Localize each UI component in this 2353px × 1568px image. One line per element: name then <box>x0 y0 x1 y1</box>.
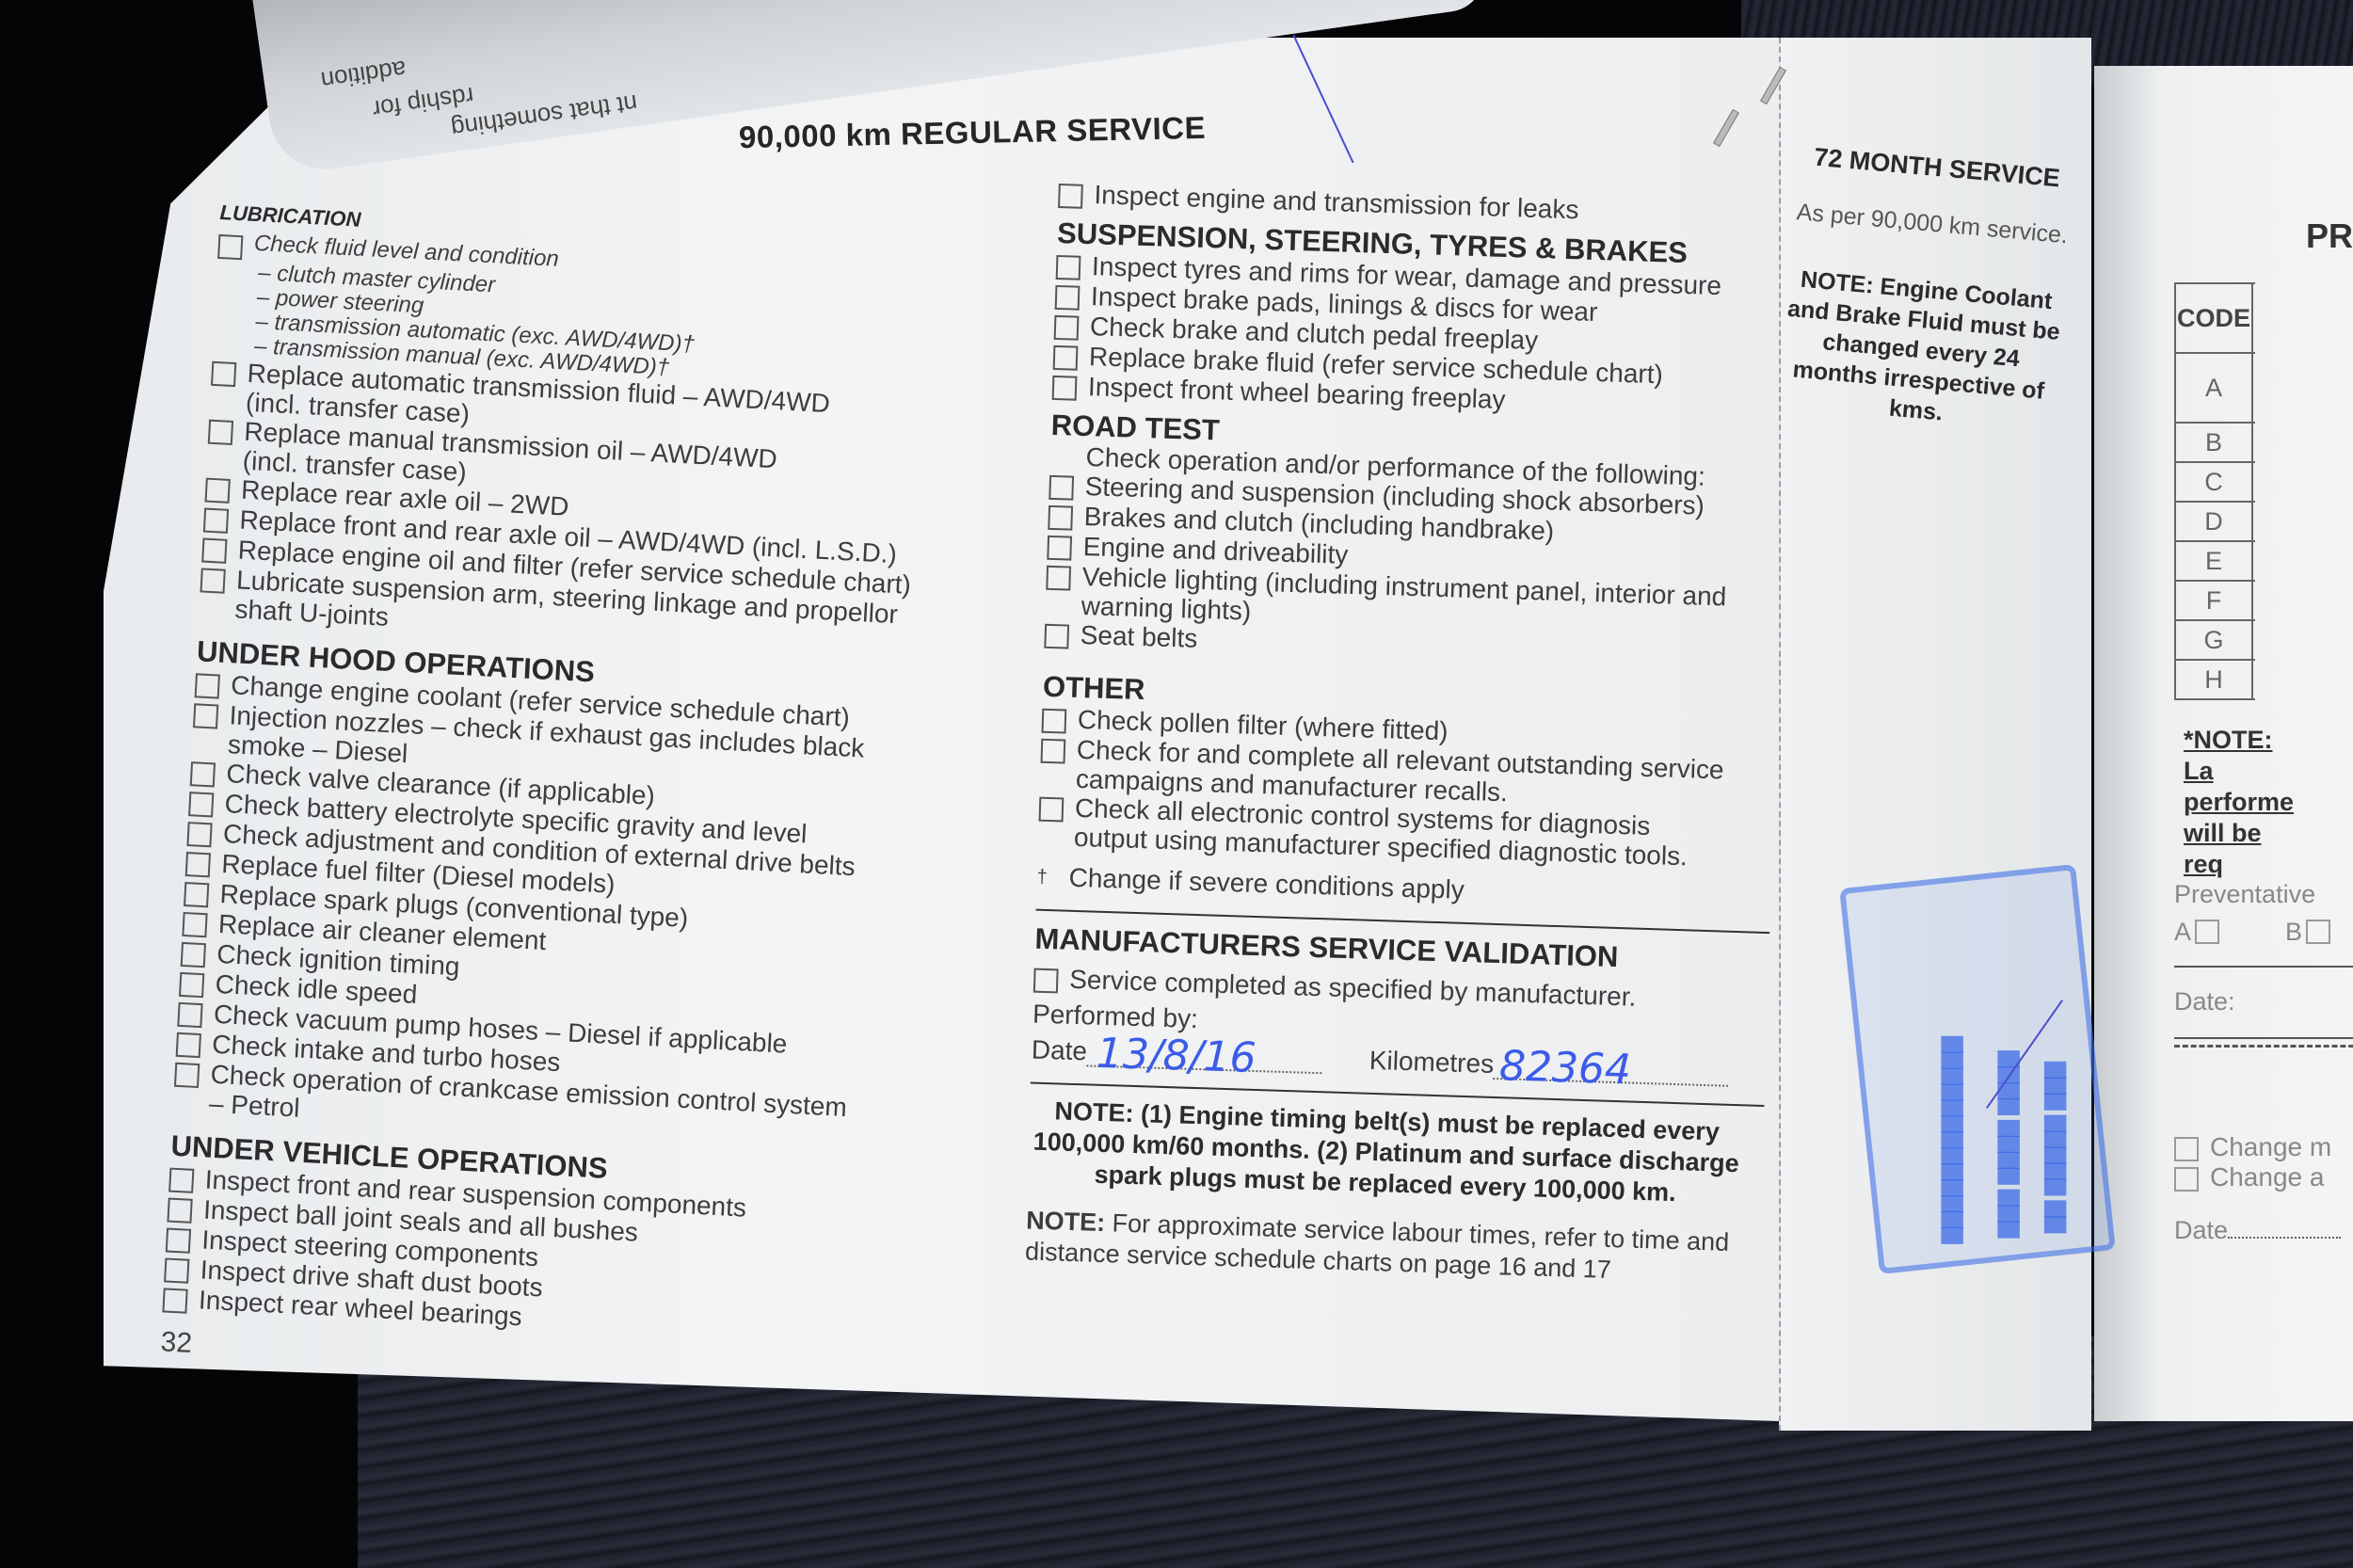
left-column: LUBRICATION Check fluid level and condit… <box>160 188 930 1396</box>
checkbox[interactable] <box>177 1002 202 1028</box>
code-cell: D <box>2175 502 2252 541</box>
checkbox[interactable] <box>166 1227 191 1253</box>
date-field[interactable]: 13/8/16 <box>1087 1032 1323 1074</box>
code-table: CODEABCDEFGH <box>2174 282 2255 700</box>
checkbox[interactable] <box>1048 475 1074 501</box>
preventative-section: Preventative A B Date: Change m Change a… <box>2174 875 2353 1249</box>
preventative-label: Preventative <box>2174 875 2353 913</box>
checkbox[interactable] <box>1046 566 1071 591</box>
table-row: D <box>2175 502 2255 541</box>
checkbox[interactable] <box>174 1063 200 1088</box>
checkbox[interactable] <box>195 673 220 698</box>
checkbox[interactable] <box>1047 536 1072 561</box>
km-label: Kilometres <box>1369 1046 1494 1080</box>
table-row: B <box>2175 423 2255 462</box>
checkbox[interactable] <box>217 234 243 260</box>
checkbox[interactable] <box>176 1032 201 1058</box>
checkbox[interactable] <box>1053 345 1079 371</box>
code-cell: B <box>2175 423 2252 462</box>
change-item: Change a <box>2174 1162 2353 1192</box>
preventative-options: A B <box>2174 913 2353 951</box>
checkbox[interactable] <box>186 822 212 847</box>
checkbox[interactable] <box>2174 1167 2199 1192</box>
month-service-note: NOTE: Engine Coolant and Brake Fluid mus… <box>1774 264 2069 439</box>
table-row: F <box>2175 581 2255 620</box>
date-value: 13/8/16 <box>1096 1039 1257 1074</box>
month-service-panel: 72 MONTH SERVICE As per 90,000 km servic… <box>1774 141 2079 438</box>
checkbox[interactable] <box>185 852 211 877</box>
checkbox[interactable] <box>1058 184 1083 209</box>
checkbox[interactable] <box>205 478 231 504</box>
code-cell: E <box>2175 541 2252 581</box>
checklist-label: Seat belts <box>1080 620 1197 654</box>
checkbox[interactable] <box>1041 709 1066 734</box>
checkbox[interactable] <box>201 537 227 563</box>
flap-text-line: addition <box>319 55 408 95</box>
labour-note-partial: *NOTE: La performe will be req <box>2184 725 2294 880</box>
change-item: Change m <box>2174 1132 2353 1162</box>
option-a[interactable]: A <box>2174 913 2219 951</box>
table-row: E <box>2175 541 2255 581</box>
right-page-title: PR <box>2306 216 2353 256</box>
checkbox[interactable] <box>193 703 218 728</box>
code-cell: C <box>2175 462 2252 502</box>
checkbox[interactable] <box>203 508 229 534</box>
checkbox[interactable] <box>1054 315 1080 341</box>
checkbox[interactable] <box>168 1168 194 1193</box>
table-row: G <box>2175 620 2255 660</box>
checkbox[interactable] <box>1052 376 1078 401</box>
date2-field[interactable]: Date <box>2174 1211 2353 1249</box>
lubrication-list: Check fluid level and condition– clutch … <box>199 230 928 659</box>
checkbox[interactable] <box>190 761 216 787</box>
note-line: will be req <box>2184 818 2294 880</box>
table-row: A <box>2175 353 2255 423</box>
code-cell: A <box>2175 353 2252 423</box>
checkbox[interactable] <box>1048 505 1073 531</box>
checkbox[interactable] <box>167 1198 192 1224</box>
checkbox[interactable] <box>211 361 236 387</box>
checkbox[interactable] <box>179 972 204 998</box>
note-line: *NOTE: La <box>2184 725 2294 787</box>
checkbox[interactable] <box>2306 920 2330 944</box>
checkbox[interactable] <box>1033 968 1059 994</box>
table-row: C <box>2175 462 2255 502</box>
checkbox[interactable] <box>164 1257 189 1283</box>
checkbox[interactable] <box>200 568 225 593</box>
footnote-text: Change if severe conditions apply <box>1068 863 1465 905</box>
checkbox[interactable] <box>2174 1137 2199 1161</box>
checkbox[interactable] <box>1039 797 1064 823</box>
code-cell: F <box>2175 581 2252 620</box>
checkbox[interactable] <box>1056 255 1081 280</box>
middle-column: Inspect engine and transmission for leak… <box>1025 179 1793 1290</box>
under-hood-list: Change engine coolant (refer service sch… <box>172 668 904 1153</box>
timing-belt-note: NOTE: (1) Engine timing belt(s) must be … <box>1027 1096 1745 1211</box>
labour-note-prefix: NOTE: <box>1026 1206 1106 1237</box>
dagger-icon: † <box>1036 862 1069 893</box>
checkbox[interactable] <box>208 420 233 445</box>
date-label: Date <box>1031 1035 1087 1067</box>
checkbox[interactable] <box>162 1288 187 1313</box>
option-b[interactable]: B <box>2285 913 2330 951</box>
other-list: Check pollen filter (where fitted)Check … <box>1038 704 1777 873</box>
dealer-stamp: ▇▇▇▇▇▇▇▇▇▇▇▇▇ ▇▇▇ ▇▇▇▇ ▇▇▇▇ ▇▇ ▇▇▇▇▇ ▇▇▇ <box>1839 864 2116 1274</box>
checkbox[interactable] <box>1055 285 1080 311</box>
km-field[interactable]: 82364 <box>1494 1046 1730 1087</box>
date-label: Date: <box>2174 983 2353 1020</box>
code-cell: H <box>2175 660 2252 699</box>
date-line[interactable] <box>2174 1037 2353 1039</box>
code-cell: G <box>2175 620 2252 660</box>
suspension-list: Inspect tyres and rims for wear, damage … <box>1052 250 1791 424</box>
checkbox[interactable] <box>1040 739 1065 764</box>
checkbox[interactable] <box>181 942 206 968</box>
checkbox[interactable] <box>184 882 209 907</box>
checkbox[interactable] <box>1044 624 1069 649</box>
table-header: CODE <box>2175 283 2252 353</box>
month-service-subtitle: As per 90,000 km service. <box>1790 199 2073 250</box>
km-value: 82364 <box>1499 1051 1632 1085</box>
checkbox[interactable] <box>2195 920 2219 944</box>
checkbox[interactable] <box>182 912 207 937</box>
signature-line[interactable] <box>2174 966 2353 968</box>
note-line: performe <box>2184 787 2294 818</box>
checkbox[interactable] <box>188 792 214 817</box>
table-row: H <box>2175 660 2255 699</box>
road-test-list: Steering and suspension (including shock… <box>1044 471 1784 672</box>
